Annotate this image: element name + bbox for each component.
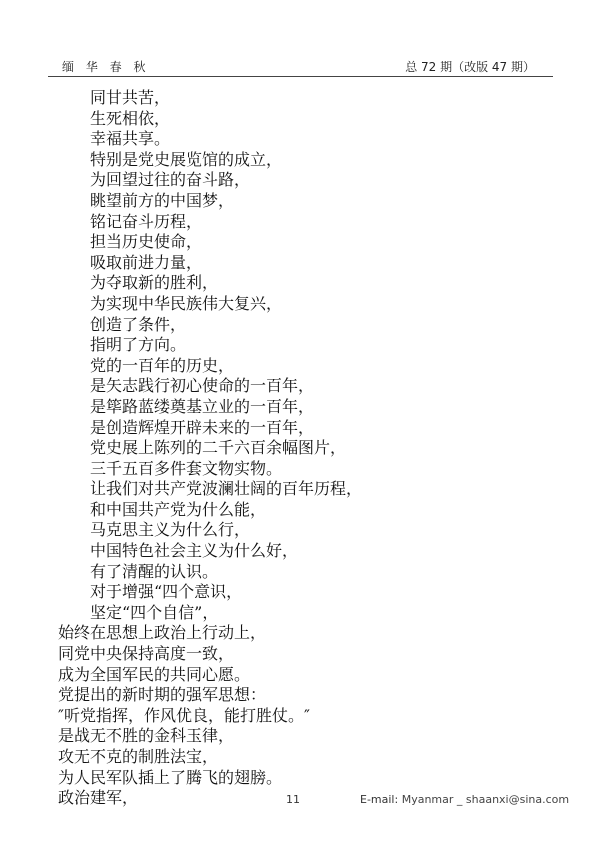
text-line: 特别是党史展览馆的成立，: [0, 150, 600, 171]
email-label: E-mail:: [360, 793, 398, 806]
text-line: 让我们对共产党波澜壮阔的百年历程，: [0, 479, 600, 500]
text-line: 是筚路蓝缕奠基立业的一百年，: [0, 397, 600, 418]
text-line: 是战无不胜的金科玉律，: [0, 726, 600, 747]
text-line: 成为全国军民的共同心愿。: [0, 665, 600, 686]
text-line: 同甘共苦，: [0, 88, 600, 109]
text-line: 生死相依，: [0, 109, 600, 130]
footer-email: E-mail: Myanmar _ shaanxi@sina.com: [360, 793, 569, 806]
text-line: 为人民军队插上了腾飞的翅膀。: [0, 768, 600, 789]
text-line: 坚定“四个自信”，: [0, 603, 600, 624]
text-line: 同党中央保持高度一致，: [0, 644, 600, 665]
text-line: 指明了方向。: [0, 335, 600, 356]
text-line: 担当历史使命，: [0, 232, 600, 253]
email-address: Myanmar _ shaanxi@sina.com: [402, 793, 569, 806]
text-line: 吸取前进力量，: [0, 253, 600, 274]
text-line: 党的一百年的历史，: [0, 356, 600, 377]
text-line: 是创造辉煌开辟未来的一百年，: [0, 418, 600, 439]
text-line: 和中国共产党为什么能，: [0, 500, 600, 521]
issue-number: 总 72 期（改版 47 期）: [405, 58, 535, 75]
page-number: 11: [286, 793, 300, 806]
publication-title: 缅 华 春 秋: [62, 58, 149, 75]
text-line: 为回望过往的奋斗路，: [0, 170, 600, 191]
text-line: 党史展上陈列的二千六百余幅图片，: [0, 438, 600, 459]
text-line: 铭记奋斗历程，: [0, 212, 600, 233]
poem-body: 同甘共苦，生死相依，幸福共享。特别是党史展览馆的成立，为回望过往的奋斗路，眺望前…: [0, 88, 600, 809]
text-line: 为夺取新的胜利，: [0, 273, 600, 294]
text-line: 攻无不克的制胜法宝，: [0, 747, 600, 768]
text-line: 对于增强“四个意识，: [0, 582, 600, 603]
text-line: 党提出的新时期的强军思想：: [0, 685, 600, 706]
text-line: 幸福共享。: [0, 129, 600, 150]
text-line: 中国特色社会主义为什么好，: [0, 541, 600, 562]
text-line: 三千五百多件套文物实物。: [0, 459, 600, 480]
text-line: 创造了条件，: [0, 315, 600, 336]
text-line: ″听党指挥，作风优良，能打胜仗。″: [0, 706, 600, 727]
text-line: 马克思主义为什么行，: [0, 520, 600, 541]
text-line: 为实现中华民族伟大复兴，: [0, 294, 600, 315]
text-line: 是矢志践行初心使命的一百年，: [0, 376, 600, 397]
page-header: 缅 华 春 秋 总 72 期（改版 47 期）: [48, 56, 553, 77]
text-line: 始终在思想上政治上行动上，: [0, 623, 600, 644]
text-line: 眺望前方的中国梦，: [0, 191, 600, 212]
text-line: 有了清醒的认识。: [0, 562, 600, 583]
